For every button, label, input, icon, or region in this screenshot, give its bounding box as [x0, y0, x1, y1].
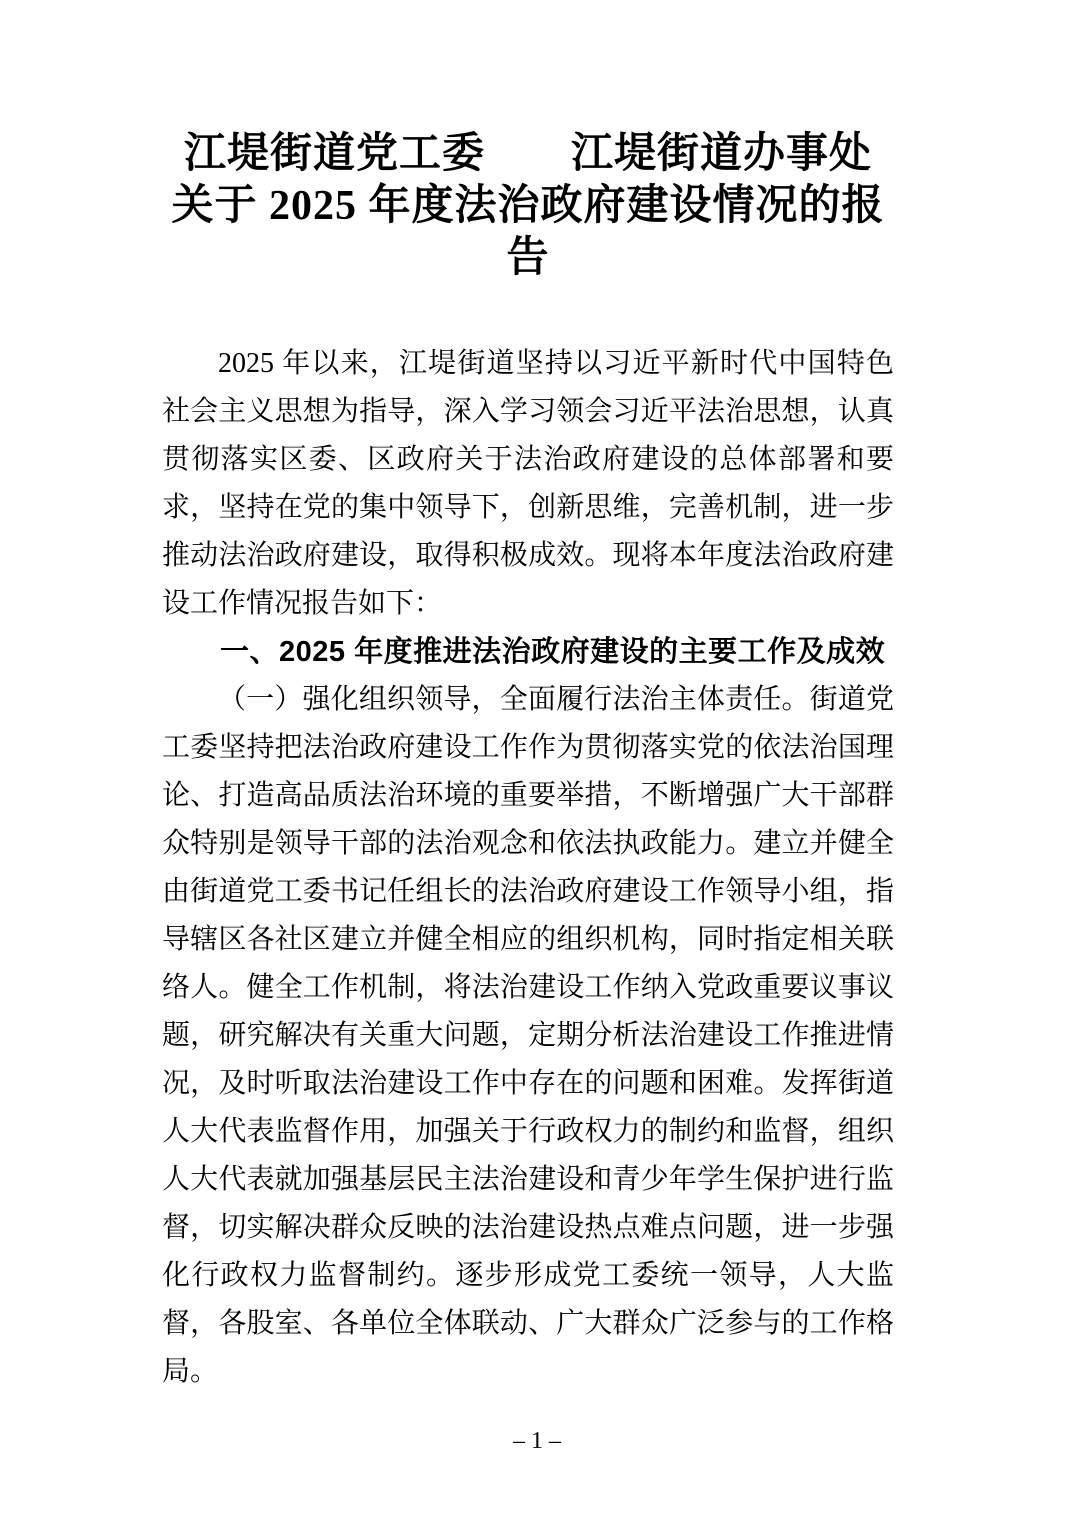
section-heading: 一、2025 年度推进法治政府建设的主要工作及成效: [162, 628, 894, 676]
page-number: – 1 –: [0, 1424, 1074, 1458]
document-title: 江堤街道党工委 江堤街道办事处 关于 2025 年度法治政府建设情况的报告: [162, 128, 894, 284]
document-title-line2: 关于 2025 年度法治政府建设情况的报告: [162, 180, 894, 284]
section1-paragraph: （一）强化组织领导，全面履行法治主体责任。街道党工委坚持把法治政府建设工作作为贯…: [162, 676, 894, 1396]
document-title-line1: 江堤街道党工委 江堤街道办事处: [162, 128, 894, 180]
intro-paragraph: 2025 年以来，江堤街道坚持以习近平新时代中国特色社会主义思想为指导，深入学习…: [162, 340, 894, 628]
document-body: 2025 年以来，江堤街道坚持以习近平新时代中国特色社会主义思想为指导，深入学习…: [162, 340, 894, 1396]
document-page: 江堤街道党工委 江堤街道办事处 关于 2025 年度法治政府建设情况的报告 20…: [0, 0, 1074, 1520]
